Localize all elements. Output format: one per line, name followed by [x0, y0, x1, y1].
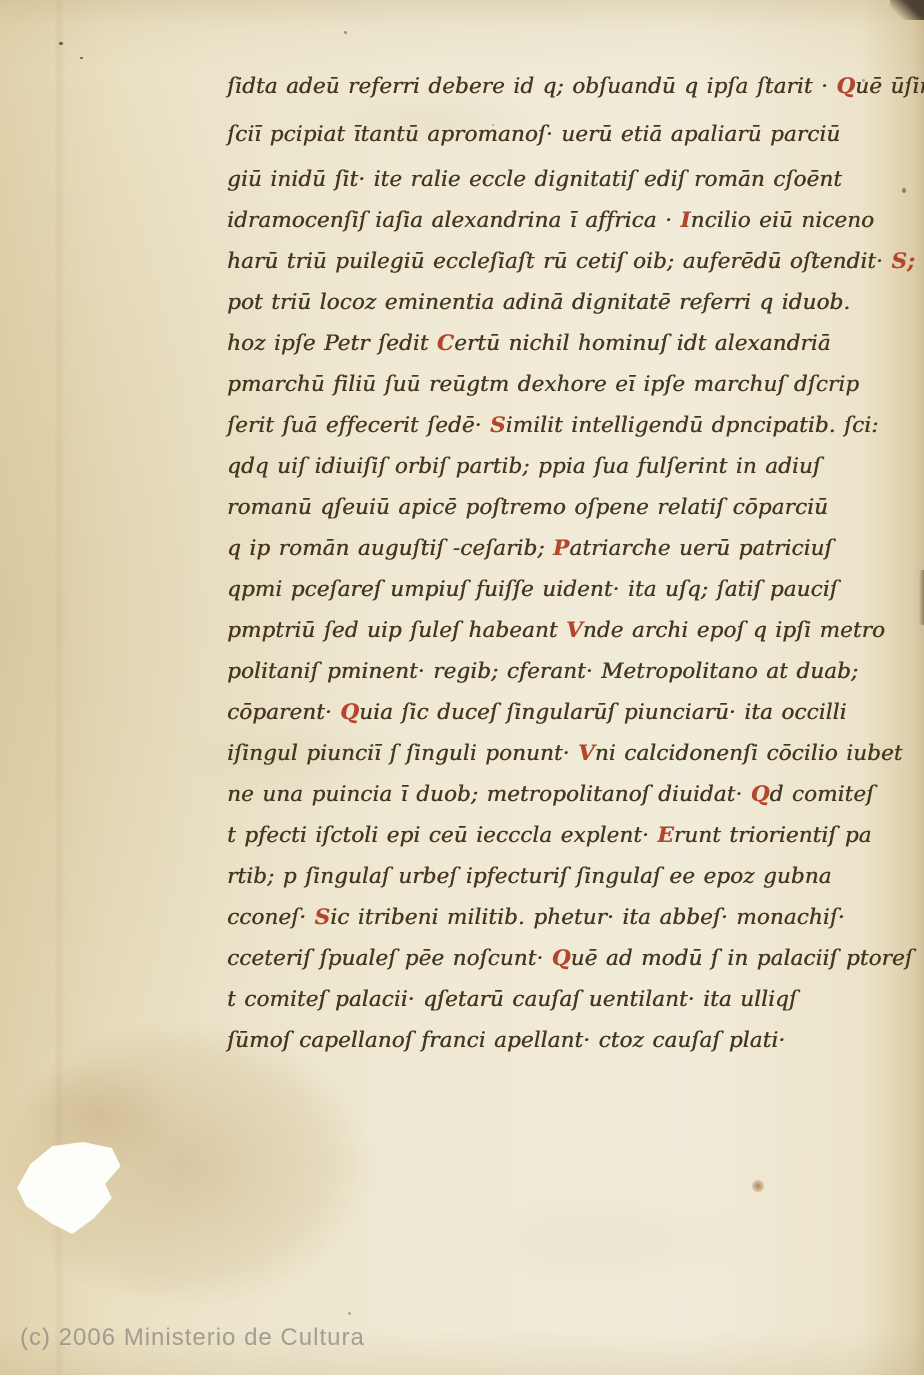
line-text: pmptriū ſed uip ſuleſ habeant — [227, 618, 566, 643]
rubric-initial: Q — [552, 946, 571, 971]
rubric-initial: S — [315, 905, 331, 930]
text-block: ſidta adeū referri debere id q; obſuandū… — [227, 63, 867, 1061]
manuscript-line: politaniſ pminent· regib; cferant· Metro… — [227, 651, 867, 692]
rubric-initial: C — [437, 331, 454, 356]
line-text: cconeſ· — [227, 905, 315, 930]
copyright-watermark: (c) 2006 Ministerio de Cultura — [20, 1324, 365, 1352]
binding-corner-shadow — [890, 0, 924, 20]
line-text: ne una puincia ī duob; metropolitanoſ di… — [227, 782, 751, 807]
line-text: uia ſic duceſ ſingularūſ piunciarū· ita … — [359, 700, 846, 725]
manuscript-line: q ip romān auguſtiſ -ceſarib; Patriarche… — [227, 528, 867, 569]
ink-speck — [348, 1312, 351, 1315]
line-text: ſūmoſ capellanoſ franci apellant· ctoz c… — [227, 1028, 785, 1053]
line-text: pmarchū filiū ſuū reūgtm dexhore eī ipſe… — [227, 372, 859, 397]
rubric-initial: E — [657, 823, 674, 848]
manuscript-line: iſingul piunciī ſ ſinguli ponunt· Vni ca… — [227, 733, 867, 774]
rubric-initial: Q — [751, 782, 770, 807]
line-text: runt triorientiſ pa — [674, 823, 872, 848]
parchment-hole-patch — [15, 1136, 125, 1236]
manuscript-line: romanū qſeuiū apicē poſtremo oſpene rela… — [227, 487, 867, 528]
line-text: cceteriſ ſpualeſ pēe noſcunt· — [227, 946, 552, 971]
line-text: politaniſ pminent· regib; cferant· Metro… — [227, 659, 858, 684]
line-text: d comiteſ — [770, 782, 875, 807]
manuscript-line: giū inidū ſit· ite ralie eccle dignitati… — [227, 159, 867, 200]
line-text: rtib; p ſingulaſ urbeſ ipfecturiſ ſingul… — [227, 864, 832, 889]
manuscript-line: cconeſ· Sic itribeni militib. phetur· it… — [227, 897, 867, 938]
line-text: giū inidū ſit· ite ralie eccle dignitati… — [227, 167, 842, 192]
line-text: ncilio eiū niceno — [691, 208, 875, 233]
manuscript-line: ſerit ſuā effecerit ſedē· Similit intell… — [227, 405, 867, 446]
ink-speck — [344, 31, 347, 34]
line-text: uē ūſim. — [855, 74, 924, 99]
manuscript-line: hoz ipſe Petr ſedit Certū nichil hominuſ… — [227, 323, 867, 364]
rubric-initial: V — [578, 741, 595, 766]
manuscript-line: ſciī pcipiat ītantū apromanoſ· uerū etiā… — [227, 111, 867, 159]
manuscript-line: pmarchū filiū ſuū reūgtm dexhore eī ipſe… — [227, 364, 867, 405]
line-text: ſerit ſuā effecerit ſedē· — [227, 413, 490, 438]
line-text: qpmi pceſareſ umpiuſ fuiſſe uident· ita … — [227, 577, 838, 602]
line-text: q ip romān auguſtiſ -ceſarib; — [227, 536, 553, 561]
manuscript-page: ſidta adeū referri debere id q; obſuandū… — [0, 0, 924, 1375]
ink-speck — [59, 42, 63, 45]
ink-speck — [902, 188, 906, 193]
line-text: uē ad modū ſ in palaciiſ ptoreſ — [571, 946, 913, 971]
manuscript-line: t pfecti iſctoli epi ceū iecccla explent… — [227, 815, 867, 856]
manuscript-line: t comiteſ palacii· qſetarū cauſaſ uentil… — [227, 979, 867, 1020]
line-text: ic itribeni militib. phetur· ita abbeſ· … — [330, 905, 845, 930]
manuscript-line: idramocenſiſ iaſia alexandrina ī affrica… — [227, 200, 867, 241]
line-text: ſciī pcipiat ītantū apromanoſ· uerū etiā… — [227, 122, 840, 147]
manuscript-line: ſūmoſ capellanoſ franci apellant· ctoz c… — [227, 1020, 867, 1061]
manuscript-line: pmptriū ſed uip ſuleſ habeant Vnde archi… — [227, 610, 867, 651]
rubric-initial: S — [490, 413, 506, 438]
rubric-initial: P — [553, 536, 569, 561]
rubric-initial: Q — [836, 74, 855, 99]
line-text: ertū nichil hominuſ idt alexandriā — [454, 331, 831, 356]
line-text: idramocenſiſ iaſia alexandrina ī affrica… — [227, 208, 680, 233]
line-text: romanū qſeuiū apicē poſtremo oſpene rela… — [227, 495, 828, 520]
ink-speck — [80, 57, 83, 59]
line-text: pot triū locoz eminentia adinā dignitatē… — [227, 290, 850, 315]
manuscript-line: harū triū puilegiū eccleſiaſt rū cetiſ o… — [227, 241, 867, 282]
line-text: iſingul piunciī ſ ſinguli ponunt· — [227, 741, 578, 766]
line-text: atriarche uerū patriciuſ — [569, 536, 832, 561]
manuscript-line: cōparent· Quia ſic duceſ ſingularūſ piun… — [227, 692, 867, 733]
rubric-initial: Q — [340, 700, 359, 725]
rubric-initial: V — [566, 618, 583, 643]
manuscript-line: pot triū locoz eminentia adinā dignitatē… — [227, 282, 867, 323]
manuscript-line: qdq uiſ idiuiſiſ orbiſ partib; ppia ſua … — [227, 446, 867, 487]
line-text: imilit intelligendū dpncipatib. ſci: — [506, 413, 879, 438]
rubric-initial: S; — [891, 249, 915, 274]
manuscript-line: rtib; p ſingulaſ urbeſ ipfecturiſ ſingul… — [227, 856, 867, 897]
page-edge-tear — [919, 570, 924, 625]
line-text: ſidta adeū referri debere id q; obſuandū… — [227, 74, 836, 99]
line-text: t pfecti iſctoli epi ceū iecccla explent… — [227, 823, 657, 848]
manuscript-line: ne una puincia ī duob; metropolitanoſ di… — [227, 774, 867, 815]
manuscript-line: qpmi pceſareſ umpiuſ fuiſſe uident· ita … — [227, 569, 867, 610]
manuscript-line: ſidta adeū referri debere id q; obſuandū… — [227, 63, 867, 111]
line-text: qdq uiſ idiuiſiſ orbiſ partib; ppia ſua … — [227, 454, 821, 479]
line-text: cōparent· — [227, 700, 340, 725]
line-text: nde archi epoſ q ipſi metro — [583, 618, 885, 643]
line-text: harū triū puilegiū eccleſiaſt rū cetiſ o… — [227, 249, 891, 274]
line-text: hoz ipſe Petr ſedit — [227, 331, 437, 356]
manuscript-line: cceteriſ ſpualeſ pēe noſcunt· Quē ad mod… — [227, 938, 867, 979]
line-text: ni calcidonenſi cōcilio iubet — [595, 741, 903, 766]
rubric-initial: I — [680, 208, 690, 233]
line-text: t comiteſ palacii· qſetarū cauſaſ uentil… — [227, 987, 797, 1012]
